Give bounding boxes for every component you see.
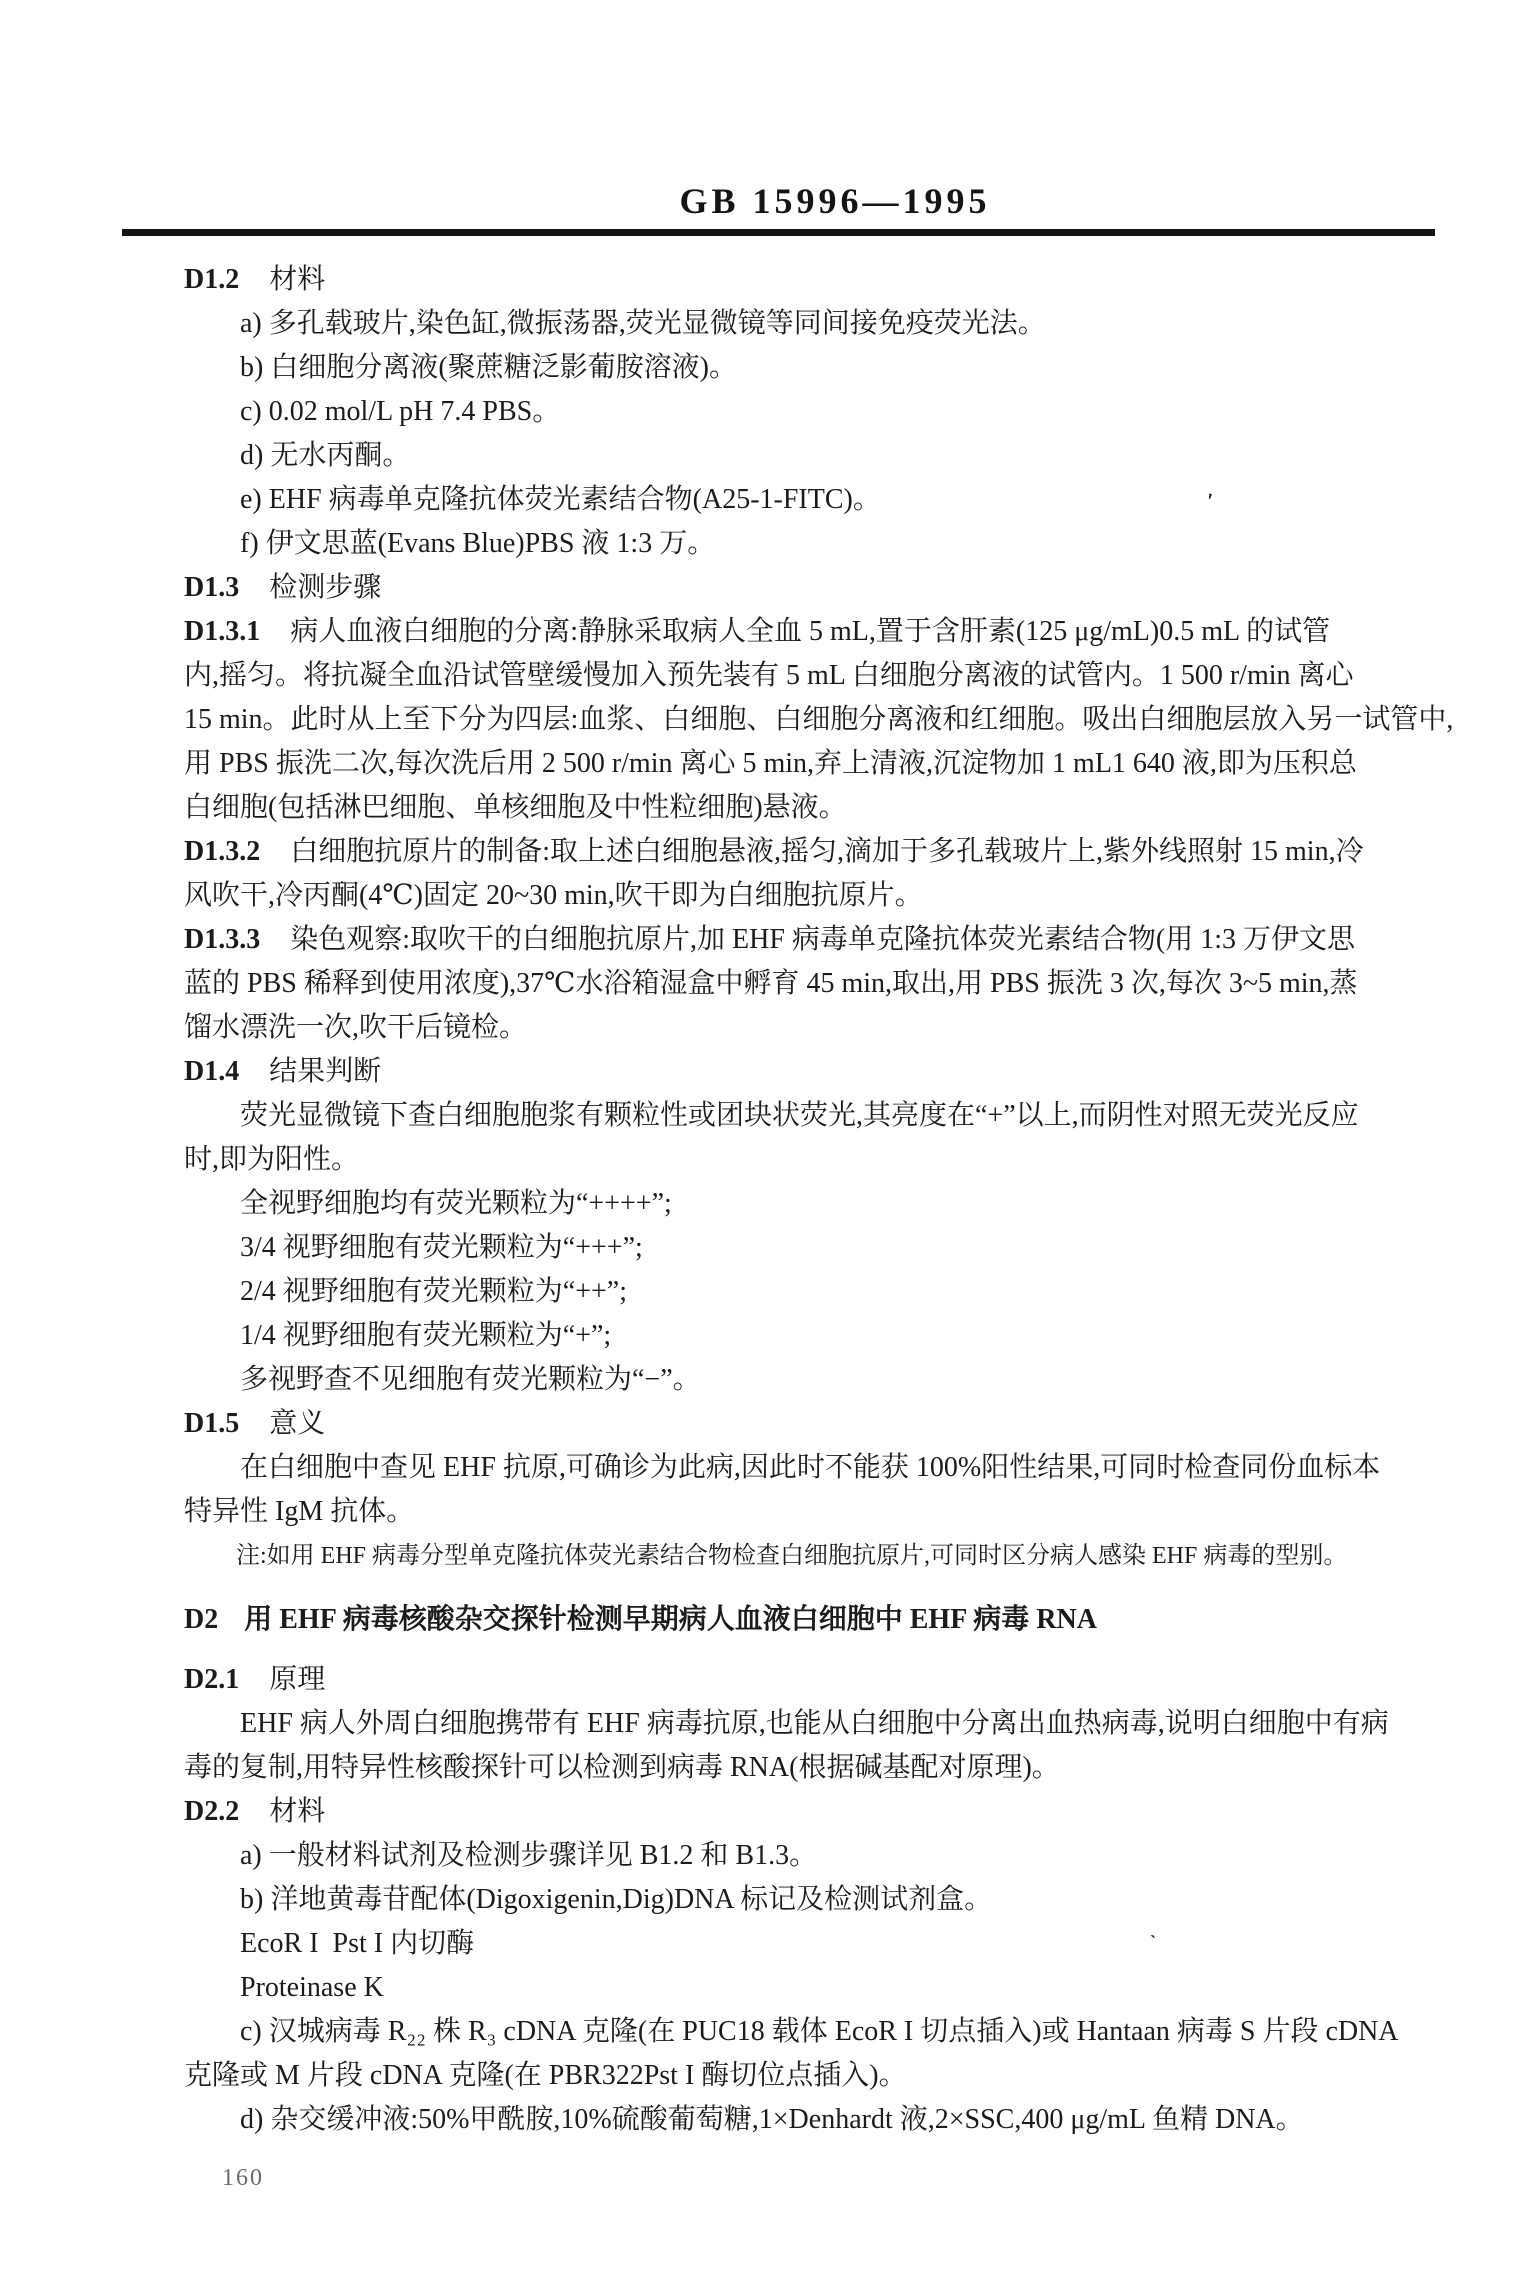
scan-artifact-mark: ˋ — [1150, 1932, 1156, 1953]
line-text: 材料 — [269, 1796, 325, 1827]
text-line: 多视野查不见细胞有荧光颗粒为“−”。 — [184, 1358, 1464, 1402]
text-line: Proteinase K — [184, 1966, 1464, 2010]
line-text: c) 汉城病毒 R₂₂ 株 R₃ cDNA 克隆(在 PUC18 载体 EcoR… — [240, 2016, 1399, 2047]
text-line: 馏水漂洗一次,吹干后镜检。 — [184, 1006, 1464, 1050]
text-line: 3/4 视野细胞有荧光颗粒为“+++”; — [184, 1226, 1464, 1270]
line-text: 病人血液白细胞的分离:静脉采取病人全血 5 mL,置于含肝素(125 μg/mL… — [290, 616, 1330, 647]
line-text: 2/4 视野细胞有荧光颗粒为“++”; — [240, 1276, 627, 1307]
text-line: 时,即为阳性。 — [184, 1138, 1464, 1182]
line-text: 白细胞抗原片的制备:取上述白细胞悬液,摇匀,滴加于多孔载玻片上,紫外线照射 15… — [290, 836, 1363, 867]
text-line: b) 白细胞分离液(聚蔗糖泛影葡胺溶液)。 — [184, 346, 1464, 390]
line-text: 多视野查不见细胞有荧光颗粒为“−”。 — [240, 1364, 701, 1395]
note-line: 注:如用 EHF 病毒分型单克隆抗体荧光素结合物检查白细胞抗原片,可同时区分病人… — [184, 1534, 1464, 1578]
line-text: 材料 — [269, 264, 325, 295]
text-line: c) 汉城病毒 R₂₂ 株 R₃ cDNA 克隆(在 PUC18 载体 EcoR… — [184, 2010, 1464, 2054]
section-heading: D1.2材料 — [184, 258, 1464, 302]
line-text: 原理 — [269, 1664, 325, 1695]
line-text: d) 杂交缓冲液:50%甲酰胺,10%硫酸葡萄糖,1×Denhardt 液,2×… — [240, 2104, 1304, 2135]
line-text: a) 多孔载玻片,染色缸,微振荡器,荧光显微镜等同间接免疫荧光法。 — [240, 308, 1046, 339]
line-text: EcoR I Pst I 内切酶 — [240, 1928, 474, 1959]
text-line: 风吹干,冷丙酮(4℃)固定 20~30 min,吹干即为白细胞抗原片。 — [184, 874, 1464, 918]
section-heading: D2.2材料 — [184, 1790, 1464, 1834]
line-text: 15 min。此时从上至下分为四层:血浆、白细胞、白细胞分离液和红细胞。吸出白细… — [184, 704, 1453, 735]
section-number: D1.3.1 — [184, 616, 260, 647]
line-text: 用 EHF 病毒核酸杂交探针检测早期病人血液白细胞中 EHF 病毒 RNA — [244, 1604, 1097, 1635]
text-line: EHF 病人外周白细胞携带有 EHF 病毒抗原,也能从白细胞中分离出血热病毒,说… — [184, 1702, 1464, 1746]
section-number: D2.1 — [184, 1664, 239, 1695]
line-text: 结果判断 — [269, 1056, 381, 1087]
text-line: 荧光显微镜下查白细胞胞浆有颗粒性或团块状荧光,其亮度在“+”以上,而阴性对照无荧… — [184, 1094, 1464, 1138]
line-text: e) EHF 病毒单克隆抗体荧光素结合物(A25-1-FITC)。 — [240, 484, 881, 515]
text-line: d) 无水丙酮。 — [184, 434, 1464, 478]
line-text: 染色观察:取吹干的白细胞抗原片,加 EHF 病毒单克隆抗体荧光素结合物(用 1:… — [290, 924, 1355, 955]
section-heading: D2.1原理 — [184, 1658, 1464, 1702]
header-rule — [122, 229, 1435, 236]
line-text: 时,即为阳性。 — [184, 1144, 359, 1175]
section-heading: D1.3检测步骤 — [184, 566, 1464, 610]
line-text: 在白细胞中查见 EHF 抗原,可确诊为此病,因此时不能获 100%阳性结果,可同… — [240, 1452, 1380, 1483]
section-heading: D1.5意义 — [184, 1402, 1464, 1446]
text-line: 克隆或 M 片段 cDNA 克隆(在 PBR322Pst I 酶切位点插入)。 — [184, 2054, 1464, 2098]
line-text: 荧光显微镜下查白细胞胞浆有颗粒性或团块状荧光,其亮度在“+”以上,而阴性对照无荧… — [240, 1100, 1359, 1131]
section-number: D1.4 — [184, 1056, 239, 1087]
text-line: 内,摇匀。将抗凝全血沿试管壁缓慢加入预先装有 5 mL 白细胞分离液的试管内。1… — [184, 654, 1464, 698]
text-line: 蓝的 PBS 稀释到使用浓度),37℃水浴箱湿盒中孵育 45 min,取出,用 … — [184, 962, 1464, 1006]
section-heading: D1.3.2白细胞抗原片的制备:取上述白细胞悬液,摇匀,滴加于多孔载玻片上,紫外… — [184, 830, 1464, 874]
text-line: EcoR I Pst I 内切酶 — [184, 1922, 1464, 1966]
line-text: 用 PBS 振洗二次,每次洗后用 2 500 r/min 离心 5 min,弃上… — [184, 748, 1357, 779]
section-number: D1.3.3 — [184, 924, 260, 955]
line-text: a) 一般材料试剂及检测步骤详见 B1.2 和 B1.3。 — [240, 1840, 817, 1871]
chapter-heading: D2用 EHF 病毒核酸杂交探针检测早期病人血液白细胞中 EHF 病毒 RNA — [184, 1598, 1464, 1642]
text-line: c) 0.02 mol/L pH 7.4 PBS。 — [184, 390, 1464, 434]
section-number: D2 — [184, 1604, 218, 1635]
text-line: 用 PBS 振洗二次,每次洗后用 2 500 r/min 离心 5 min,弃上… — [184, 742, 1464, 786]
line-text: f) 伊文思蓝(Evans Blue)PBS 液 1:3 万。 — [240, 528, 715, 559]
section-number: D1.3.2 — [184, 836, 260, 867]
line-text: 克隆或 M 片段 cDNA 克隆(在 PBR322Pst I 酶切位点插入)。 — [184, 2060, 907, 2091]
line-text: b) 白细胞分离液(聚蔗糖泛影葡胺溶液)。 — [240, 352, 737, 383]
text-line: b) 洋地黄毒苷配体(Digoxigenin,Dig)DNA 标记及检测试剂盒。 — [184, 1878, 1464, 1922]
line-text: 全视野细胞均有荧光颗粒为“++++”; — [240, 1188, 672, 1219]
text-line: a) 一般材料试剂及检测步骤详见 B1.2 和 B1.3。 — [184, 1834, 1464, 1878]
section-number: D1.2 — [184, 264, 239, 295]
line-text: 注:如用 EHF 病毒分型单克隆抗体荧光素结合物检查白细胞抗原片,可同时区分病人… — [236, 1543, 1347, 1569]
text-line: 全视野细胞均有荧光颗粒为“++++”; — [184, 1182, 1464, 1226]
content-lines: D1.2材料a) 多孔载玻片,染色缸,微振荡器,荧光显微镜等同间接免疫荧光法。b… — [184, 258, 1464, 2142]
line-text: c) 0.02 mol/L pH 7.4 PBS。 — [240, 396, 560, 427]
line-text: Proteinase K — [240, 1972, 384, 2003]
line-text: 特异性 IgM 抗体。 — [184, 1496, 414, 1527]
line-text: 风吹干,冷丙酮(4℃)固定 20~30 min,吹干即为白细胞抗原片。 — [184, 880, 923, 911]
line-text: b) 洋地黄毒苷配体(Digoxigenin,Dig)DNA 标记及检测试剂盒。 — [240, 1884, 992, 1915]
document-body: D1.2材料a) 多孔载玻片,染色缸,微振荡器,荧光显微镜等同间接免疫荧光法。b… — [184, 258, 1464, 2198]
line-text: 白细胞(包括淋巴细胞、单核细胞及中性粒细胞)悬液。 — [184, 792, 847, 823]
text-line: 白细胞(包括淋巴细胞、单核细胞及中性粒细胞)悬液。 — [184, 786, 1464, 830]
text-line: 毒的复制,用特异性核酸探针可以检测到病毒 RNA(根据碱基配对原理)。 — [184, 1746, 1464, 1790]
text-line: a) 多孔载玻片,染色缸,微振荡器,荧光显微镜等同间接免疫荧光法。 — [184, 302, 1464, 346]
scanned-document-page: GB 15996—1995 D1.2材料a) 多孔载玻片,染色缸,微振荡器,荧光… — [0, 0, 1536, 2285]
line-text: 1/4 视野细胞有荧光颗粒为“+”; — [240, 1320, 611, 1351]
section-heading: D1.3.3染色观察:取吹干的白细胞抗原片,加 EHF 病毒单克隆抗体荧光素结合… — [184, 918, 1464, 962]
text-line: 2/4 视野细胞有荧光颗粒为“++”; — [184, 1270, 1464, 1314]
text-line: 15 min。此时从上至下分为四层:血浆、白细胞、白细胞分离液和红细胞。吸出白细… — [184, 698, 1464, 742]
line-text: 内,摇匀。将抗凝全血沿试管壁缓慢加入预先装有 5 mL 白细胞分离液的试管内。1… — [184, 660, 1354, 691]
line-text: d) 无水丙酮。 — [240, 440, 410, 471]
section-number: D1.3 — [184, 572, 239, 603]
section-number: D1.5 — [184, 1408, 239, 1439]
section-number: D2.2 — [184, 1796, 239, 1827]
line-text: 3/4 视野细胞有荧光颗粒为“+++”; — [240, 1232, 643, 1263]
line-text: 检测步骤 — [269, 572, 381, 603]
line-text: 蓝的 PBS 稀释到使用浓度),37℃水浴箱湿盒中孵育 45 min,取出,用 … — [184, 968, 1358, 999]
page-number: 160 — [222, 2158, 1464, 2198]
line-text: 毒的复制,用特异性核酸探针可以检测到病毒 RNA(根据碱基配对原理)。 — [184, 1752, 1060, 1783]
line-text: 意义 — [269, 1408, 325, 1439]
section-heading: D1.3.1病人血液白细胞的分离:静脉采取病人全血 5 mL,置于含肝素(125… — [184, 610, 1464, 654]
text-line: 特异性 IgM 抗体。 — [184, 1490, 1464, 1534]
text-line: d) 杂交缓冲液:50%甲酰胺,10%硫酸葡萄糖,1×Denhardt 液,2×… — [184, 2098, 1464, 2142]
text-line: 在白细胞中查见 EHF 抗原,可确诊为此病,因此时不能获 100%阳性结果,可同… — [184, 1446, 1464, 1490]
line-text: EHF 病人外周白细胞携带有 EHF 病毒抗原,也能从白细胞中分离出血热病毒,说… — [240, 1708, 1389, 1739]
text-line: 1/4 视野细胞有荧光颗粒为“+”; — [184, 1314, 1464, 1358]
standard-code-header: GB 15996—1995 — [679, 180, 990, 222]
text-line: e) EHF 病毒单克隆抗体荧光素结合物(A25-1-FITC)。 — [184, 478, 1464, 522]
line-text: 馏水漂洗一次,吹干后镜检。 — [184, 1012, 527, 1043]
text-line: f) 伊文思蓝(Evans Blue)PBS 液 1:3 万。 — [184, 522, 1464, 566]
section-heading: D1.4结果判断 — [184, 1050, 1464, 1094]
